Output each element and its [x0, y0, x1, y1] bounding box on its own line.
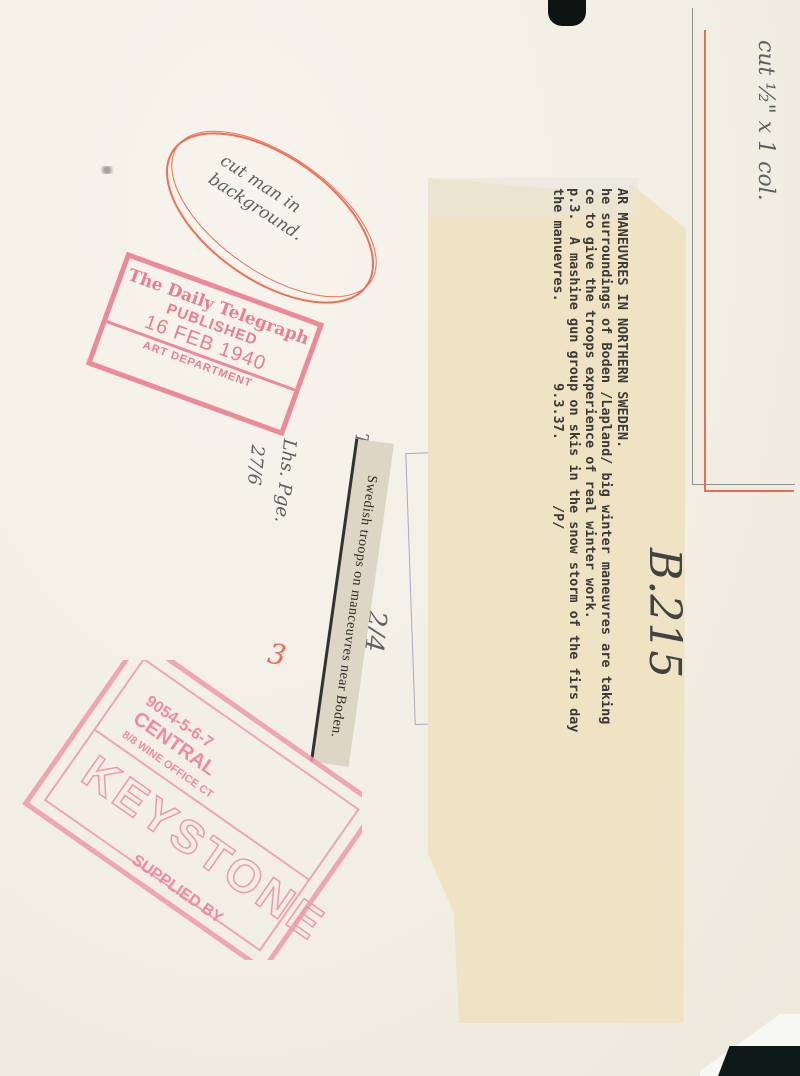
crop-pencil-note: cut ½" x 1 col. — [753, 40, 778, 201]
caption-line-1: AR MANEUVRES IN NORTHERN SWEDEN. — [614, 188, 630, 733]
caption-line-5: the manuevres. 9.3.37. /P/ — [550, 188, 566, 733]
caption-line-3: ce to give the troops experience of real… — [582, 188, 598, 733]
keystone-stamp: 9054-5-6-7 CENTRAL 8/8 WINE OFFICE CT KE… — [22, 660, 362, 960]
top-notch — [548, 0, 586, 26]
corner-shadow — [718, 1046, 800, 1076]
typed-caption-text: AR MANEUVRES IN NORTHERN SWEDEN. he surr… — [550, 188, 630, 733]
caption-line-2: he surroundings of Boden /Lapland/ big w… — [598, 188, 614, 733]
caption-line-4: p.3. A mashine gun group on skis in the … — [566, 188, 582, 733]
ink-specks — [96, 166, 118, 174]
pencil-note-27-6: 27/6 — [243, 444, 268, 486]
catalogue-number: B.215 — [639, 548, 690, 678]
red-crop-box — [704, 30, 794, 492]
